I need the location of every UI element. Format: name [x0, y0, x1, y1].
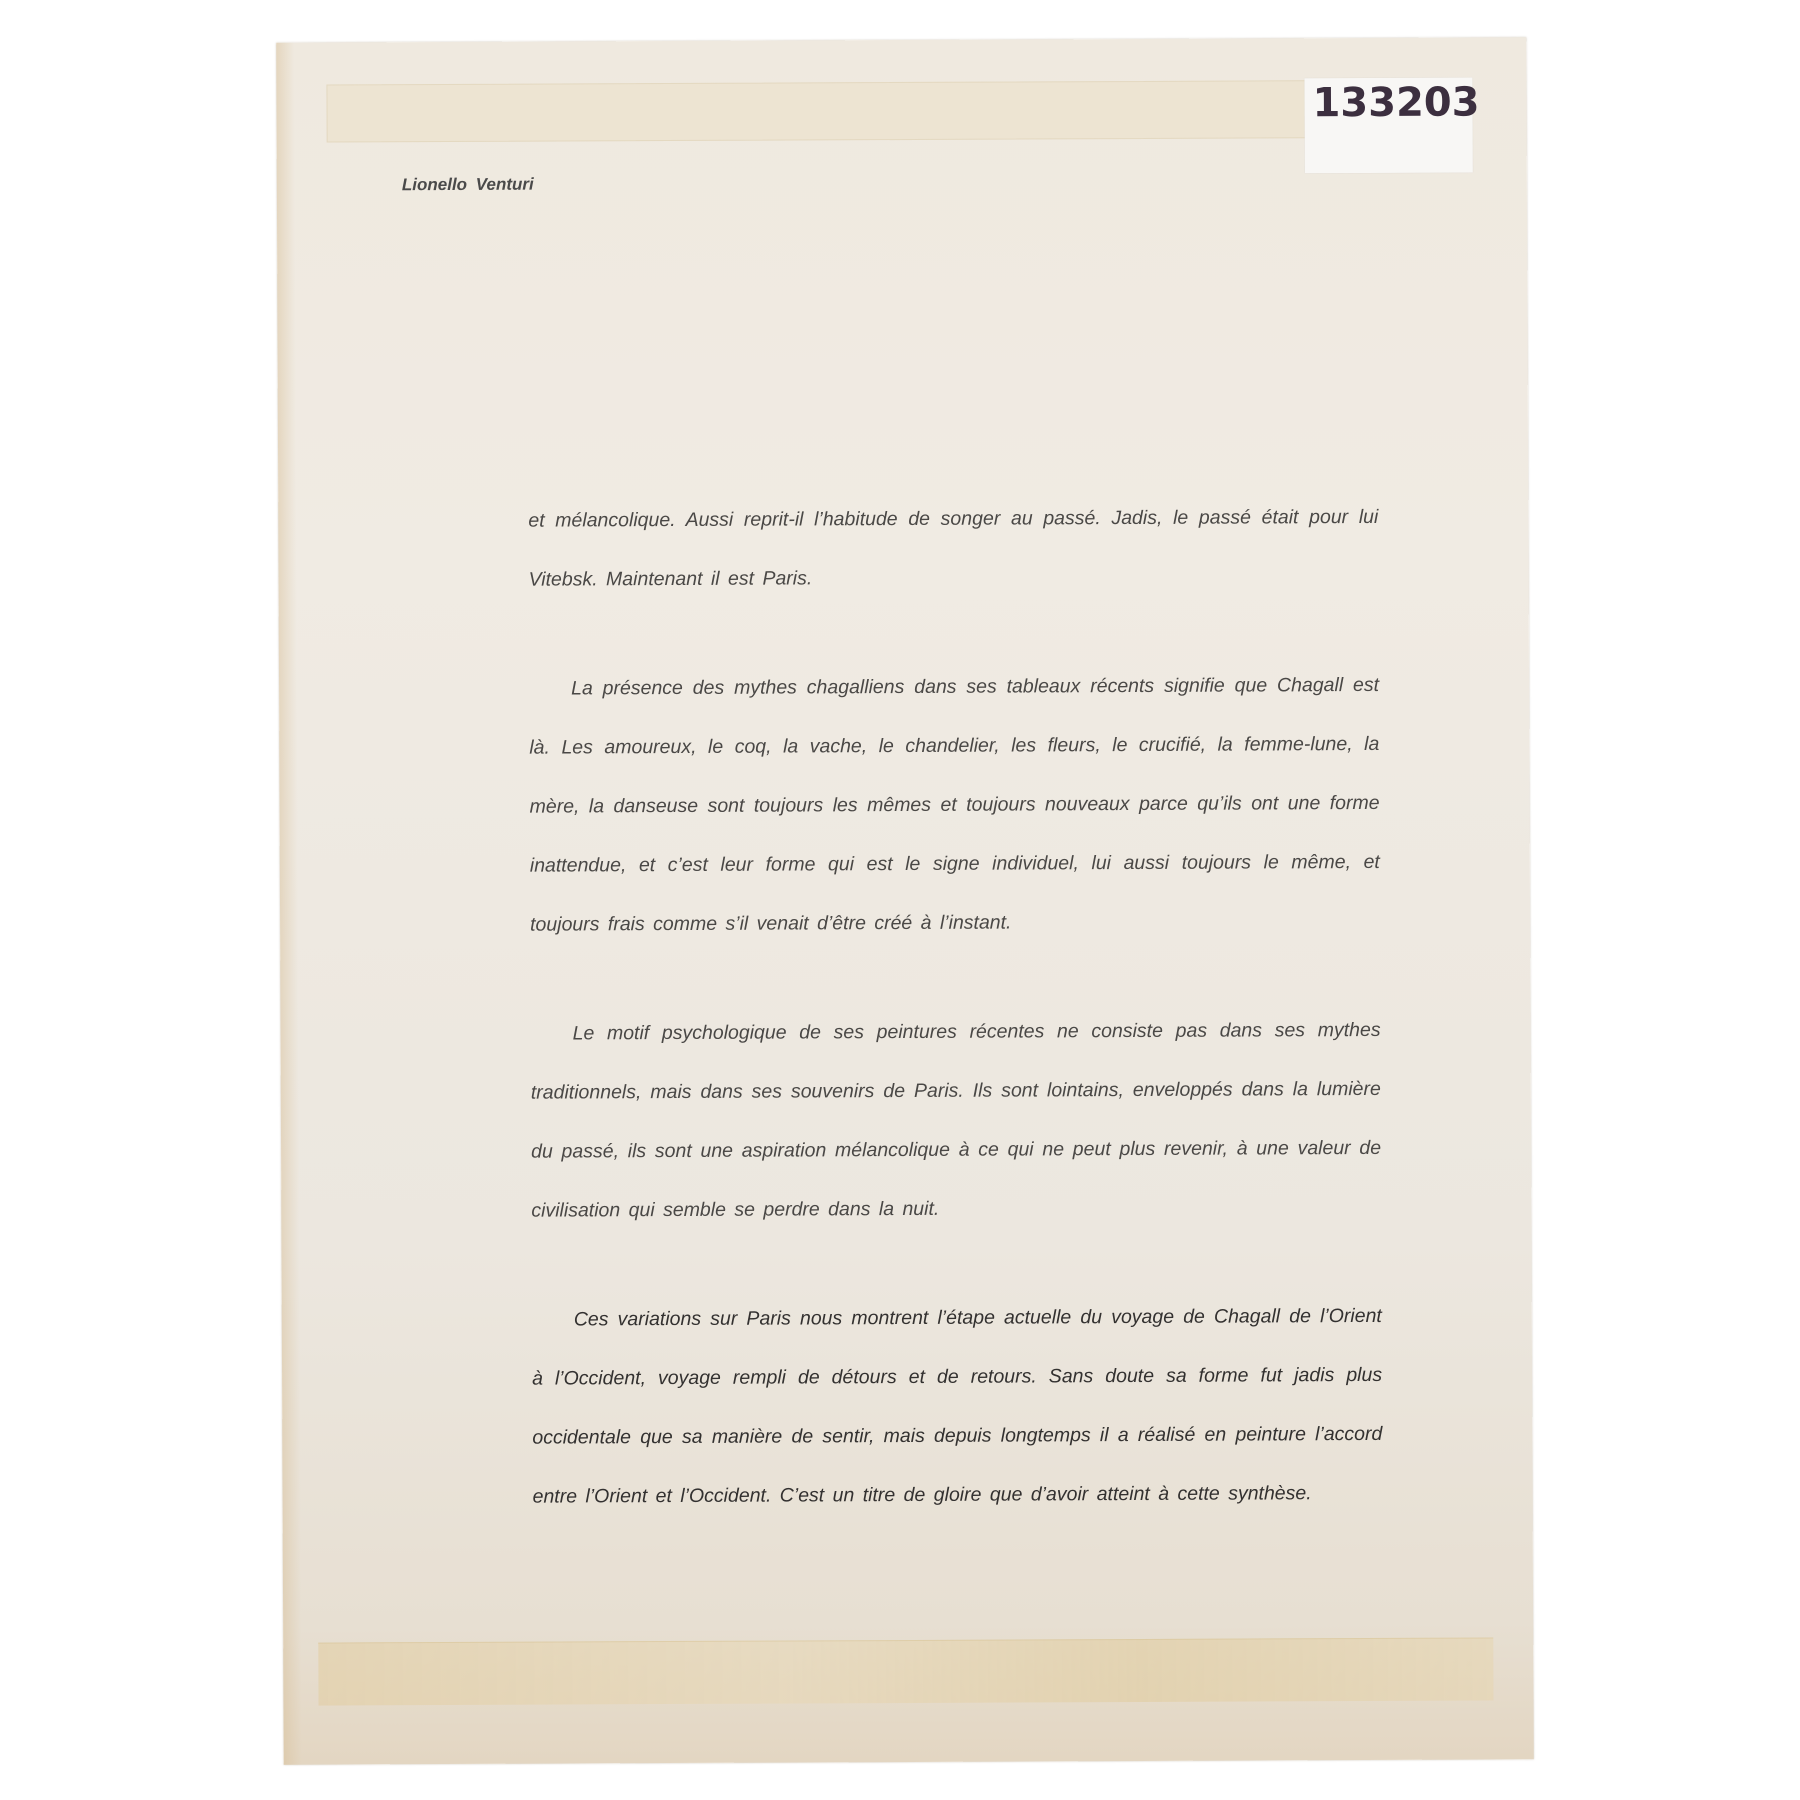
paragraph-1: et mélancolique. Aussi reprit-il l’habit…: [528, 488, 1379, 610]
document-page: 133203 Lionello Venturi et mélancolique.…: [276, 37, 1534, 1764]
inventory-number: 133203: [1312, 79, 1479, 126]
paragraph-3: Le motif psychologique de ses peintures …: [530, 1001, 1381, 1241]
paragraph-4: Ces variations sur Paris nous montrent l…: [532, 1287, 1383, 1527]
tape-residue-top: [326, 80, 1388, 143]
tape-stain-bottom: [318, 1637, 1493, 1705]
inventory-label: 133203: [1304, 78, 1472, 174]
paragraph-2: La présence des mythes chagalliens dans …: [529, 656, 1380, 955]
body-text: et mélancolique. Aussi reprit-il l’habit…: [528, 488, 1383, 1577]
running-head-author: Lionello Venturi: [402, 175, 534, 196]
